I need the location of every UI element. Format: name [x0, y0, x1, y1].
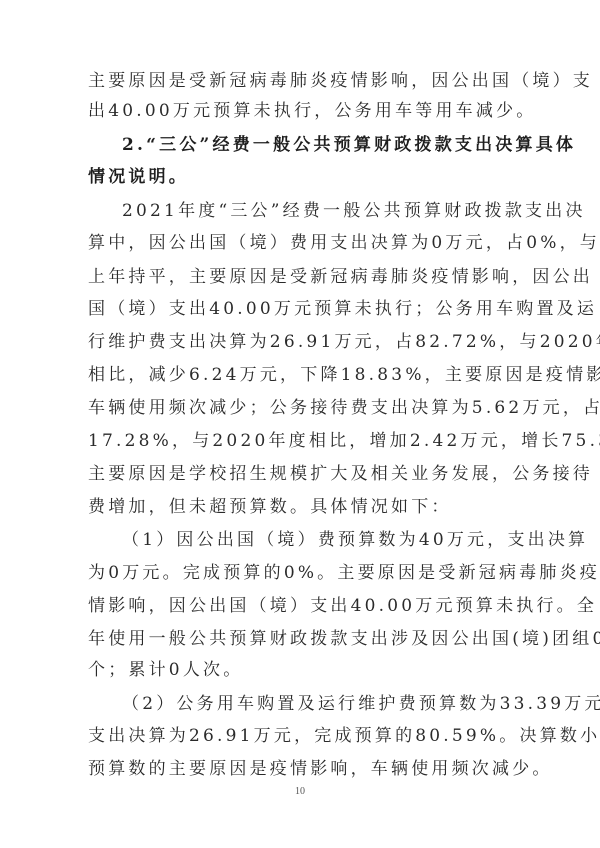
document-page: 主要原因是受新冠病毒肺炎疫情影响，因公出国（境）支出40.00万元预算未执行，公… — [0, 0, 600, 848]
paragraph-line: 主要原因是受新冠病毒肺炎疫情影响，因公出国（境）支 — [88, 66, 510, 96]
paragraph-line: 车辆使用频次减少；公务接待费支出决算为5.62万元，占 — [88, 393, 510, 423]
paragraph-line: 行维护费支出决算为26.91万元，占82.72%，与2020年度 — [88, 327, 510, 357]
paragraph-line: （1）因公出国（境）费预算数为40万元，支出决算 — [122, 525, 510, 555]
paragraph-line: 2021年度“三公”经费一般公共预算财政拨款支出决 — [122, 196, 510, 226]
paragraph-line: 国（境）支出40.00万元预算未执行；公务用车购置及运 — [88, 294, 510, 324]
paragraph-line: 支出决算为26.91万元，完成预算的80.59%。决算数小于 — [88, 721, 510, 751]
paragraph-line: 年使用一般公共预算财政拨款支出涉及因公出国(境)团组0 — [88, 624, 510, 654]
paragraph-line: 为0万元。完成预算的0%。主要原因是受新冠病毒肺炎疫 — [88, 558, 510, 588]
paragraph-line: 费增加，但未超预算数。具体情况如下： — [88, 492, 510, 522]
paragraph-line: 出40.00万元预算未执行，公务用车等用车减少。 — [88, 96, 510, 126]
paragraph-line: （2）公务用车购置及运行维护费预算数为33.39万元， — [122, 689, 510, 719]
page-number: 10 — [0, 786, 600, 797]
paragraph-line: 相比，减少6.24万元，下降18.83%，主要原因是疫情影响， — [88, 360, 510, 390]
paragraph-line: 主要原因是学校招生规模扩大及相关业务发展，公务接待 — [88, 459, 510, 489]
paragraph-line: 预算数的主要原因是疫情影响，车辆使用频次减少。 — [88, 754, 510, 784]
paragraph-line: 算中，因公出国（境）费用支出决算为0万元，占0%，与 — [88, 228, 510, 258]
section-heading-line: 2.“三公”经费一般公共预算财政拨款支出决算具体 — [122, 130, 510, 160]
paragraph-line: 情影响，因公出国（境）支出40.00万元预算未执行。全 — [88, 591, 510, 621]
paragraph-line: 个；累计0人次。 — [88, 655, 510, 685]
paragraph-line: 上年持平，主要原因是受新冠病毒肺炎疫情影响，因公出 — [88, 262, 510, 292]
paragraph-line: 17.28%，与2020年度相比，增加2.42万元，增长75.37%， — [88, 426, 510, 456]
section-heading-line: 情况说明。 — [88, 162, 510, 192]
